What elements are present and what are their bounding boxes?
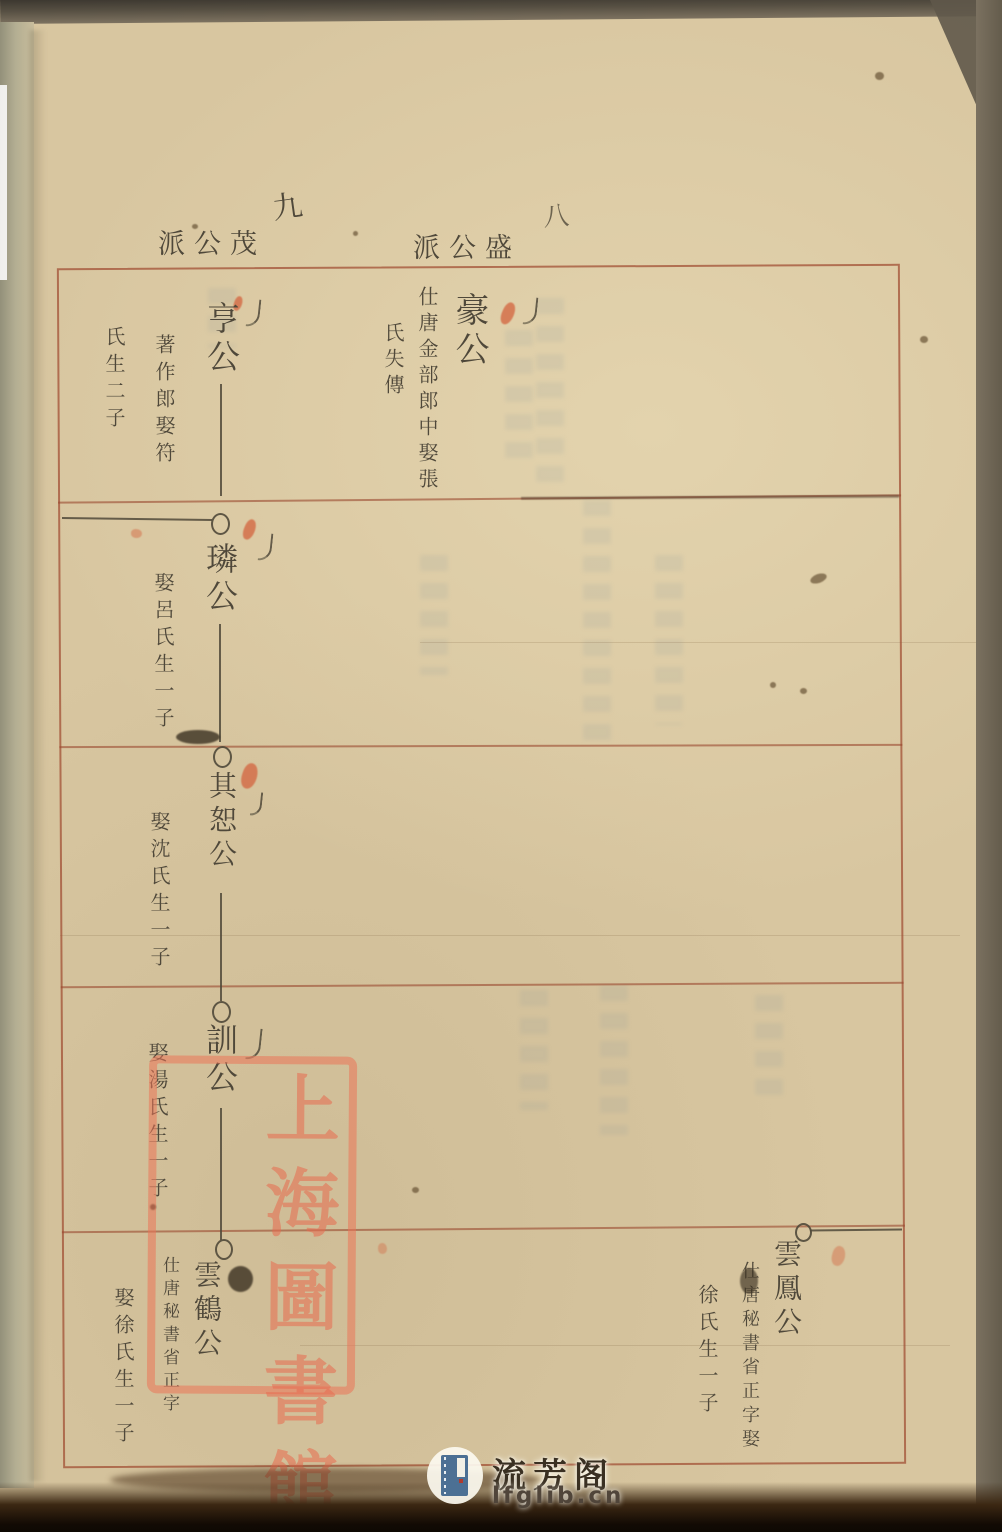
ink-smear <box>176 730 220 744</box>
generation-9-rank: 九 <box>269 180 305 228</box>
ancestor-name: 亨公 <box>205 301 238 377</box>
scan-edge-right <box>976 0 1002 1532</box>
ink-blot <box>740 1268 758 1294</box>
generation-node <box>213 746 232 768</box>
book-seal-dot <box>459 1479 463 1483</box>
ancestor-note: 徐氏生一子 <box>697 1284 717 1419</box>
watermark-site-domain: lfglib.cn <box>492 1483 624 1509</box>
ancestor-note: 娶徐氏生一子 <box>113 1287 133 1449</box>
book-stitching <box>444 1457 446 1494</box>
generation-9-label: 茂公派 <box>158 222 266 261</box>
shanghai-library-seal: 上海圖書館藏 <box>147 1055 357 1394</box>
descent-line <box>219 624 221 742</box>
ancestor-note: 娶沈氏生一子 <box>149 811 169 973</box>
row-divider <box>61 982 904 988</box>
fox-spot <box>412 1187 419 1193</box>
ancestor-note: 氏生二子 <box>104 326 124 434</box>
generation-8-rank: 八 <box>542 195 571 234</box>
scan-corner <box>930 0 982 118</box>
generation-8-label: 盛公派 <box>413 226 521 265</box>
fox-spot <box>192 224 198 229</box>
ancestor-name: 璘公 <box>204 542 236 616</box>
generation-node <box>211 513 230 535</box>
scan-edge-top <box>0 0 1002 24</box>
ancestor-note: 著作郎娶符 <box>154 334 174 469</box>
row-divider-ink <box>522 495 900 500</box>
vermilion-dot <box>131 529 142 538</box>
watermark-badge <box>427 1447 483 1504</box>
descent-line <box>220 893 222 1001</box>
gutter-shadow <box>30 30 46 1482</box>
seal-text: 上海圖書館藏 <box>155 1069 347 1390</box>
ancestor-note: 仕唐金部郎中娶張 <box>417 286 437 494</box>
fox-spot <box>770 682 776 688</box>
vermilion-dot <box>378 1243 387 1254</box>
scan-edge-sliver <box>0 85 7 280</box>
fox-spot <box>353 231 358 236</box>
row-divider <box>59 744 902 748</box>
scanned-genealogy-page: 九 茂公派 八 盛公派 豪公 仕唐金部郎中娶張 氏失傳 亨公 著作郎娶符 氏生二… <box>0 0 1002 1532</box>
ancestor-name: 雲鳳公 <box>772 1239 800 1341</box>
book-icon <box>441 1455 468 1496</box>
generation-node <box>212 1001 231 1023</box>
descent-line <box>220 384 222 496</box>
ancestor-note: 娶呂氏生一子 <box>153 572 173 734</box>
ancestor-name: 豪公 <box>452 292 486 370</box>
fox-spot <box>920 336 928 343</box>
ancestor-name: 其恕公 <box>207 771 235 873</box>
fox-spot <box>875 72 884 80</box>
ancestor-note: 氏失傳 <box>383 322 403 400</box>
fox-spot <box>800 688 807 694</box>
book-title-label <box>457 1458 465 1477</box>
